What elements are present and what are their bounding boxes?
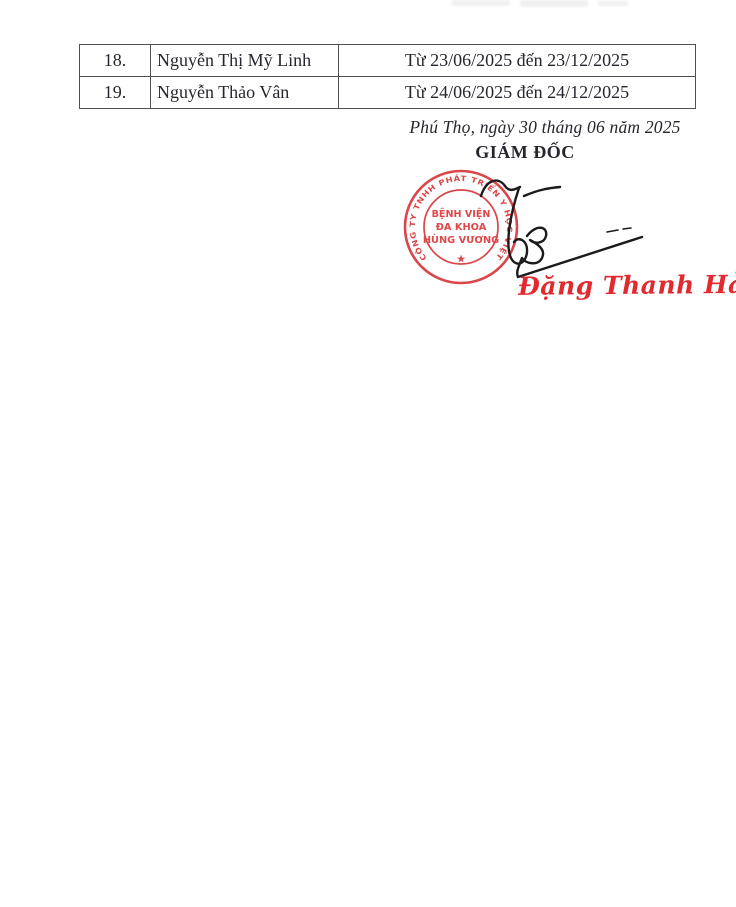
period-cell: Từ 24/06/2025 đến 24/12/2025	[339, 77, 696, 109]
signature-stroke	[607, 228, 631, 232]
row-number-cell: 19.	[80, 77, 151, 109]
clipped-text-remnant	[520, 0, 588, 7]
name-cell: Nguyễn Thị Mỹ Linh	[151, 45, 339, 77]
period-cell: Từ 23/06/2025 đến 23/12/2025	[339, 45, 696, 77]
clipped-text-remnant	[598, 1, 628, 6]
signature-stroke	[481, 181, 520, 196]
signature-stroke	[524, 187, 560, 196]
roster-table: 18. Nguyễn Thị Mỹ Linh Từ 23/06/2025 đến…	[79, 44, 696, 109]
place-date-line: Phú Thọ, ngày 30 tháng 06 năm 2025	[378, 117, 712, 138]
table-row: 18. Nguyễn Thị Mỹ Linh Từ 23/06/2025 đến…	[80, 45, 696, 77]
table-row: 19. Nguyễn Thảo Vân Từ 24/06/2025 đến 24…	[80, 77, 696, 109]
signature-stroke	[517, 228, 642, 277]
signature-stroke	[508, 188, 527, 264]
row-number-cell: 18.	[80, 45, 151, 77]
clipped-text-remnant	[452, 0, 510, 6]
scanned-document-page: 18. Nguyễn Thị Mỹ Linh Từ 23/06/2025 đến…	[0, 0, 736, 907]
name-cell: Nguyễn Thảo Vân	[151, 77, 339, 109]
signer-name: Đặng Thanh Hải	[518, 270, 708, 301]
